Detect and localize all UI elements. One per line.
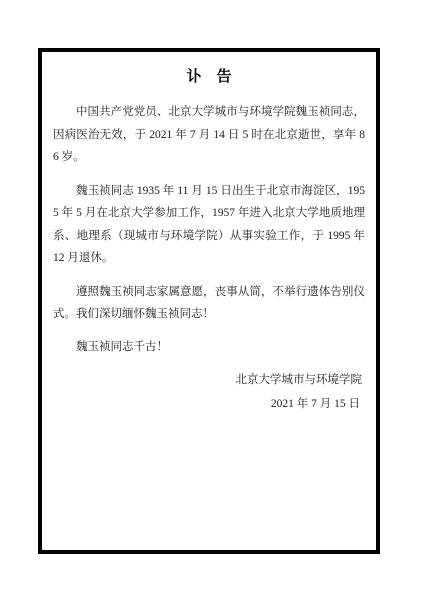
notice-paragraph-biography: 魏玉祯同志 1935 年 11 月 15 日出生于北京市海淀区，1955 年 5…: [53, 180, 365, 270]
notice-paragraph-funeral-arrangement: 遵照魏玉祯同志家属意愿，丧事从简，不举行遗体告别仪式。我们深切缅怀魏玉祯同志！: [53, 281, 365, 326]
notice-title: 讣 告: [53, 67, 365, 87]
notice-paragraph-death-announcement: 中国共产党党员、北京大学城市与环境学院魏玉祯同志，因病医治无效，于 2021 年…: [53, 101, 365, 169]
notice-date: 2021 年 7 月 15 日: [53, 393, 365, 416]
notice-content: 讣 告 中国共产党党员、北京大学城市与环境学院魏玉祯同志，因病医治无效，于 20…: [42, 52, 376, 415]
notice-body: 中国共产党党员、北京大学城市与环境学院魏玉祯同志，因病医治无效，于 2021 年…: [53, 101, 365, 358]
signature-organization: 北京大学城市与环境学院: [53, 369, 365, 392]
notice-paragraph-tribute: 魏玉祯同志千古！: [53, 336, 365, 359]
notice-border-frame: 讣 告 中国共产党党员、北京大学城市与环境学院魏玉祯同志，因病医治无效，于 20…: [38, 48, 380, 554]
